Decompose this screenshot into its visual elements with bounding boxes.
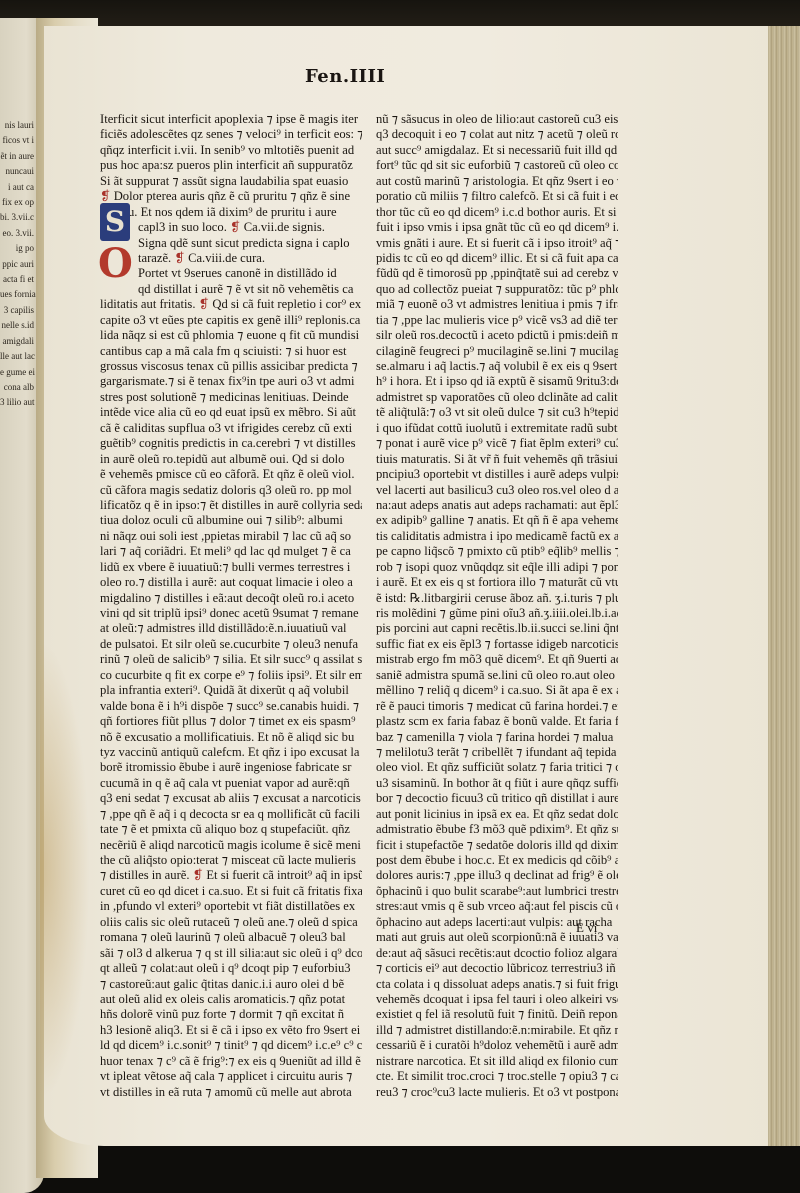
verso-fragment: nuncaui: [0, 164, 34, 179]
text-line: nistrare narcotica. Et sit illd aliqd ex…: [376, 1054, 618, 1069]
text-line: nũ ⁊ sãsucus in oleo de lilio:aut castor…: [376, 112, 618, 127]
text-line: pla infrantia exteri⁹. Quidã ãt dixerũt …: [100, 683, 362, 698]
text-line: curet cũ eo qd dicet i ca.suo. Et si fui…: [100, 884, 362, 899]
text-line: gargarismate.⁊ si ẽ tenax fix⁹in tpe aur…: [100, 374, 362, 389]
text-line: in aurẽ oleũ ro.tepidũ aut albumẽ oui. Q…: [100, 452, 362, 467]
text-line: cũ cãfora magis sedatiz doloris q3 oleũ …: [100, 483, 362, 498]
text-line: lidũ ex vbere ẽ iuuatiuũ:⁊ bulli vermes …: [100, 560, 362, 575]
text-line: pncipiu3 oportebit vt distilles i aurẽ a…: [376, 467, 618, 482]
text-line: qd distillat i aurẽ ⁊ ẽ vt sit nõ vehemẽ…: [100, 282, 362, 297]
fore-edge-leaves: [768, 26, 800, 1146]
text-line: qt alleũ ⁊ colat:aut oleũ i q⁹ dcoqt pip…: [100, 961, 362, 976]
text-line: post dem ẽbube i hoc.c. Et ex medicis qd…: [376, 853, 618, 868]
text-line: Portet vt 9serues canonẽ in distillãdo i…: [100, 266, 362, 281]
text-line: at oleũ:⁊ admistres illd distillãdo:ẽ.n.…: [100, 621, 362, 636]
text-line: poratio cũ miliis ⁊ filtro calefcõ. Et s…: [376, 189, 618, 204]
text-line: oleo viol. Et qñz sufficiũt solatz ⁊ far…: [376, 760, 618, 775]
verso-fragment: eo. 3.vii.: [0, 226, 34, 241]
text-line: hñs dolorẽ vinũ puz forte ⁊ dormit ⁊ qñ …: [100, 1007, 362, 1022]
verso-fragment: ppic auri: [0, 257, 34, 272]
text-line: ❡ Dolor pterea auris qñz ẽ cũ pruritu ⁊ …: [100, 189, 362, 204]
text-line: cta colata i q dissoluat adeps anatis.⁊ …: [376, 977, 618, 992]
text-line: vt ipleat vẽtose aq̃ cala ⁊ applicet i c…: [100, 1069, 362, 1084]
text-line: Si ãt suppurat ⁊ assũt signa laudabilia …: [100, 174, 362, 189]
text-line: tate ⁊ ẽ et pmixta cũ aliquo boz q stupe…: [100, 822, 362, 837]
verso-fragment: nis lauri: [0, 118, 34, 133]
text-line: stres:aut vmis q ẽ sub vrceo aq̃:aut fel…: [376, 899, 618, 914]
verso-fragment: 3 lilio aut: [0, 395, 34, 410]
verso-fragment: fix ex op: [0, 195, 34, 210]
text-line: oliis calis sic oleũ rutaceũ ⁊ oleũ ane.…: [100, 915, 362, 930]
text-line: rob ⁊ isopi quoz vnũqdqz sit eq̃le illi …: [376, 560, 618, 575]
text-line: ⁊ melilotu3 terãt ⁊ cribellẽt ⁊ ifundant…: [376, 745, 618, 760]
text-line: h⁹ i hora. Et i ipso qd iã exptũ ẽ sisam…: [376, 374, 618, 389]
text-line: mẽllino ⁊ reliq̃ q dicem⁹ i ca.suo. Si ã…: [376, 683, 618, 698]
text-line: huor tenax ⁊ c⁹ cã ẽ frig⁹:⁊ ex eis q 9u…: [100, 1054, 362, 1069]
text-line: Signa qdẽ sunt sicut predicta signa i ca…: [100, 236, 362, 251]
text-line: stres post solutionẽ ⁊ medicinas lenitiu…: [100, 390, 362, 405]
signature-mark: E vi: [576, 920, 597, 936]
text-line: dolores auris:⁊ ,ppe illu3 q declinat ad…: [376, 868, 618, 883]
text-line: liditatis aut fritatis. ❡ Qd si cã fuit …: [100, 297, 362, 312]
text-line: tyz vaccinũ antiquũ calefcm. Et qñz i ip…: [100, 745, 362, 760]
text-line: lari ⁊ aq̃ coriãdri. Et meli⁹ qd lac qd …: [100, 544, 362, 559]
text-line: intẽde vice alia cũ eo qd euat ipsũ ex m…: [100, 405, 362, 420]
text-line: lida nãqz si est cũ phlomia ⁊ euone q fi…: [100, 328, 362, 343]
text-line: ⁊ castoreũ:aut galic q̃titas danic.i.i a…: [100, 977, 362, 992]
text-line: na:aut adeps anatis aut adeps rachamati:…: [376, 498, 618, 513]
illuminated-initial-blue: S: [100, 203, 130, 241]
text-line: cessariũ ẽ i curatõi h⁹doloz vehemẽtũ i …: [376, 1038, 618, 1053]
left-text-column: Iterficit sicut interficit apoplexia ⁊ i…: [100, 112, 362, 1100]
illuminated-initial-red: O: [98, 244, 132, 284]
text-line: oleo ro.⁊ distilla i aurẽ: aut coquat li…: [100, 575, 362, 590]
text-line: i quo ifũdat cottũ iuolutũ i extremitate…: [376, 421, 618, 436]
text-line: co cucurbite q fit ex corpe e⁹ ⁊ foliis …: [100, 668, 362, 683]
text-line: valde bona ẽ i h⁹i dispõe ⁊ succ⁹ se.can…: [100, 699, 362, 714]
text-line: silr oleũ ros.decoctũ i aceto pdictũ i p…: [376, 328, 618, 343]
text-line: guẽtib⁹ cognitis predictis in ca.cerebri…: [100, 436, 362, 451]
text-line: admistret sp vaporatões cũ oleo dclinãte…: [376, 390, 618, 405]
text-line: rẽ ẽ pauci timoris ⁊ medicat cũ farina h…: [376, 699, 618, 714]
text-line: cã ẽ caliditas supflua o3 vt ifrigides c…: [100, 421, 362, 436]
text-line: ris molẽdini ⁊ gũme pini oĩu3 añ.ʒ.iiii.…: [376, 606, 618, 621]
text-line: fuit i ipso vmis i ipsa gnãt tũc cũ eo q…: [376, 220, 618, 235]
text-line: ficiẽs adolescẽtes qz senes ⁊ veloci⁹ in…: [100, 127, 362, 142]
text-line: fort⁹ tũc qd sit sic euforbiũ ⁊ castoreũ…: [376, 158, 618, 173]
text-line: vel lacerti aut basilicu3 cu3 oleo ros.v…: [376, 483, 618, 498]
verso-fragment: lle aut lac: [0, 349, 34, 364]
text-line: bor ⁊ decoctio ficuu3 cũ tritico qñ dist…: [376, 791, 618, 806]
text-line: fũdũ qd ẽ timorosũ pp ,ppinq̃tatẽ sui ad…: [376, 266, 618, 281]
text-line: capl3 in suo loco. ❡ Ca.vii.de signis.: [100, 220, 362, 235]
text-line: ni nãqz oui soli iest ,ppietas mirabil ⁊…: [100, 529, 362, 544]
text-line: cucumã in q ẽ aq̃ cala vt pueniat vapor …: [100, 776, 362, 791]
text-line: capite o3 vt eũes pte capitis ex genẽ il…: [100, 313, 362, 328]
verso-fragment: amigdali: [0, 334, 34, 349]
verso-fragment: nelle s.id: [0, 318, 34, 333]
text-line: tiuis maturatis. Si ãt vr̃ ñ fuit vehemẽ…: [376, 452, 618, 467]
text-line: õphacinũ i quo bulit scarabe⁹:aut lumbri…: [376, 884, 618, 899]
text-line: tis caliditatis admistra i ipo medicamẽ …: [376, 529, 618, 544]
text-line: tẽ aliq̃tulã:⁊ o3 vt sit oleũ dulce ⁊ si…: [376, 405, 618, 420]
text-line: romana ⁊ oleũ laurinũ ⁊ oleũ albacuẽ ⁊ o…: [100, 930, 362, 945]
text-line: aut costũ marinũ ⁊ aristologia. Et qñz 9…: [376, 174, 618, 189]
text-line: illd ⁊ admistret distillando:ẽ.n:mirabil…: [376, 1023, 618, 1038]
text-line: aut ponit licinius in ipsã ex ea. Et qñz…: [376, 807, 618, 822]
text-line: sãi ⁊ ol3 d alkerua ⁊ q st ill silia:aut…: [100, 946, 362, 961]
text-line: ẽ istd: ℞.litbargirii ceruse ãboz añ. ʒ.…: [376, 591, 618, 606]
text-line: cte. Et similit troc.croci ⁊ troc.stelle…: [376, 1069, 618, 1084]
text-line: i aurẽ. Et ex eis q st fortiora illo ⁊ m…: [376, 575, 618, 590]
text-line: aut succ⁹ amigdalaz. Et si necessariũ fu…: [376, 143, 618, 158]
text-line: ⁊ corticis ei⁹ aut decoctio lũbricoz ter…: [376, 961, 618, 976]
text-line: mistrab ergo fm mõ3 quẽ dicem⁹. Et qñ 9u…: [376, 652, 618, 667]
text-line: pidis tc cũ eo qd dicem⁹ illic. Et si cã…: [376, 251, 618, 266]
text-line: saniẽ admistra spumã se.lini cũ oleo ro.…: [376, 668, 618, 683]
text-line: tiua doloz oculi cũ albumine oui ⁊ silib…: [100, 513, 362, 528]
verso-fragment: 3 capilis: [0, 303, 34, 318]
text-line: grossus viscosus tenax cũ pillis assicib…: [100, 359, 362, 374]
verso-fragment: cona alb: [0, 380, 34, 395]
running-head: Fen.IIII: [305, 66, 385, 87]
text-line: suffic fiat ex eis ẽpl3 ⁊ fortasse idige…: [376, 637, 618, 652]
text-line: pe capno liq̃scõ ⁊ pmixto cũ ptib⁹ eq̃li…: [376, 544, 618, 559]
text-line: qñ fortiores fiũt pllus ⁊ dolor ⁊ timet …: [100, 714, 362, 729]
text-line: the cũ aliq̃sto opio:terat ⁊ misceat cũ …: [100, 853, 362, 868]
text-line: cantibus cap a mã cala fm q sciuisti: ⁊ …: [100, 344, 362, 359]
text-line: pis porcini aut capni recẽtis.lb.ii.succ…: [376, 621, 618, 636]
text-line: necẽriũ ẽ aliqd narcoticũ magis icolume …: [100, 838, 362, 853]
text-line: cilaginẽ feugreci p⁹ mucilaginẽ se.lini …: [376, 344, 618, 359]
text-line: admistratio ẽbube f3 mõ3 quẽ pdixim⁹. Et…: [376, 822, 618, 837]
text-line: ⁊ distilles in aurẽ. ❡ Et si fuerit cã i…: [100, 868, 362, 883]
text-line: miã ⁊ euonẽ o3 vt admistres lenitiua i p…: [376, 297, 618, 312]
text-line: vehemẽs dcoquat i ipsa fel tauri i oleo …: [376, 992, 618, 1007]
text-line: vt distilles in eã ruta ⁊ amomũ cũ melle…: [100, 1085, 362, 1100]
text-line: q3 decoquit i eo ⁊ colat aut nitz ⁊ acet…: [376, 127, 618, 142]
text-line: pruritu. Et nos qdem iã dixim⁹ de prurit…: [100, 205, 362, 220]
text-line: vini qd sit triplũ ipsi⁹ donec acetũ 9su…: [100, 606, 362, 621]
text-line: in ,pfundo vl exteri⁹ oportebit vt fiãt …: [100, 899, 362, 914]
water-stain: [40, 640, 90, 1100]
text-line: baz ⁊ camenilla ⁊ viola ⁊ farina hordei …: [376, 730, 618, 745]
verso-fragment: ẽt in aure: [0, 149, 34, 164]
text-line: tarazẽ. ❡ Ca.viii.de cura.: [100, 251, 362, 266]
text-line: tia ⁊ ,ppe lac mulieris vice p⁹ vicẽ vs3…: [376, 313, 618, 328]
text-line: Iterficit sicut interficit apoplexia ⁊ i…: [100, 112, 362, 127]
rubric-pilcrow: ❡: [174, 251, 185, 265]
verso-fragment: ficos vt i: [0, 133, 34, 148]
text-line: plastz scm ex faria fabaz ẽ bonũ valde. …: [376, 714, 618, 729]
text-line: ex adipib⁹ galline ⁊ anatis. Et qñ ñ ẽ a…: [376, 513, 618, 528]
text-line: borẽ itromissio ẽbube i aurẽ ingeniose f…: [100, 760, 362, 775]
text-line: existiet q fel iã resolutũ fuit ⁊ finitũ…: [376, 1007, 618, 1022]
verso-fragment: acta fi et: [0, 272, 34, 287]
text-line: ⁊ ponat i aurẽ vice p⁹ vicẽ ⁊ fiat ẽplm …: [376, 436, 618, 451]
text-line: thor tũc cũ eo qd dicem⁹ i.c.d bothor au…: [376, 205, 618, 220]
verso-fragment: bi. 3.vii.c: [0, 210, 34, 225]
text-line: vmis gnãti i aure. Et si fuerit cã i ips…: [376, 236, 618, 251]
verso-fragment: i aut ca: [0, 180, 34, 195]
rubric-pilcrow: ❡: [230, 220, 241, 234]
text-line: se.almaru i aq̃ lactis.⁊ aq̃ volubil ẽ e…: [376, 359, 618, 374]
text-line: de pulsatoi. Et silr oleũ se.cucurbite ⁊…: [100, 637, 362, 652]
right-text-column: nũ ⁊ sãsucus in oleo de lilio:aut castor…: [376, 112, 618, 1100]
text-line: qñqz interficit i.vii. In senib⁹ vo mlto…: [100, 143, 362, 158]
text-line: reu3 ⁊ croc⁹cu3 lacte mulieris. Et o3 vt…: [376, 1085, 618, 1100]
verso-fragment: ig po: [0, 241, 34, 256]
text-line: ⁊ ,ppe qñ ẽ aq̃ i q decocta sr ea q moll…: [100, 807, 362, 822]
verso-fragment: e gume ei: [0, 365, 34, 380]
text-line: q3 eni sedat ⁊ excusat ab aliis ⁊ excusa…: [100, 791, 362, 806]
text-line: pus hoc apa:sz pueros plin interficit añ…: [100, 158, 362, 173]
rubric-pilcrow: ❡: [193, 868, 204, 882]
text-line: quo ad collectõz pueiat ⁊ suppuratõz: tũ…: [376, 282, 618, 297]
text-line: u3 sisaminũ. In bothor ãt q fiũt i aure …: [376, 776, 618, 791]
text-line: nõ ẽ excusatio a mollificatiuis. Et nõ ẽ…: [100, 730, 362, 745]
text-line: ficit i stupefactõe ⁊ sedatõe doloris il…: [376, 838, 618, 853]
text-line: lificatõz q ẽ in ipso:⁊ ẽt distilles in …: [100, 498, 362, 513]
verso-fragment: ues fornia: [0, 287, 34, 302]
text-line: h3 lesionẽ aliq3. Et si ẽ cã i ipso ex v…: [100, 1023, 362, 1038]
text-line: ld qd dicem⁹ i.c.sonit⁹ ⁊ tinit⁹ ⁊ qd di…: [100, 1038, 362, 1053]
text-line: migdalino ⁊ distilles i eã:aut decoq̃t o…: [100, 591, 362, 606]
text-line: de:aut aq̃ sãsuci recẽtis:aut dcoctio fo…: [376, 946, 618, 961]
verso-text-fragments: nis laurificos vt iẽt in aurenuncauii au…: [0, 118, 34, 411]
rubric-pilcrow: ❡: [100, 189, 111, 203]
text-line: ẽ vehemẽs pmisce cũ eo cãforã. Et qñz ẽ …: [100, 467, 362, 482]
text-line: aut oleũ alid ex oleis calis aromaticis.…: [100, 992, 362, 1007]
rubric-pilcrow: ❡: [199, 297, 210, 311]
text-line: rinũ ⁊ oleũ de salicib⁹ ⁊ silia. Et silr…: [100, 652, 362, 667]
